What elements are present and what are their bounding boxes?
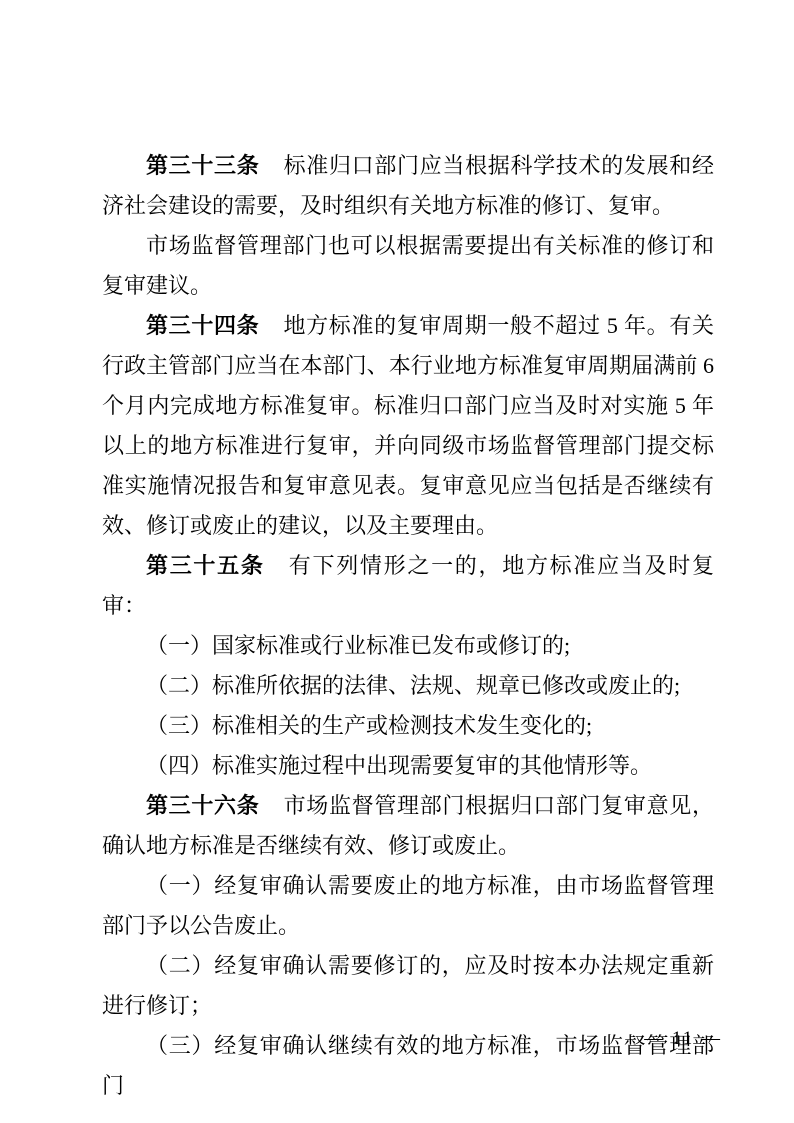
- document-page: 第三十三条标准归口部门应当根据科学技术的发展和经济社会建设的需要，及时组织有关地…: [0, 0, 794, 1123]
- paragraph: （三）经复审确认继续有效的地方标准，市场监督管理部门: [102, 1026, 714, 1106]
- article-number: 第三十六条: [146, 793, 259, 818]
- article-number: 第三十三条: [146, 153, 259, 178]
- article-number: 第三十四条: [146, 313, 259, 338]
- page-number: — 11 —: [644, 1028, 722, 1050]
- paragraph: （一）经复审确认需要废止的地方标准，由市场监督管理部门予以公告废止。: [102, 866, 714, 946]
- paragraph: （一）国家标准或行业标准已发布或修订的;: [102, 626, 714, 666]
- paragraph: 市场监督管理部门也可以根据需要提出有关标准的修订和复审建议。: [102, 226, 714, 306]
- paragraph: 第三十三条标准归口部门应当根据科学技术的发展和经济社会建设的需要，及时组织有关地…: [102, 146, 714, 226]
- document-body: 第三十三条标准归口部门应当根据科学技术的发展和经济社会建设的需要，及时组织有关地…: [102, 146, 714, 1106]
- paragraph: 第三十四条地方标准的复审周期一般不超过 5 年。有关行政主管部门应当在本部门、本…: [102, 306, 714, 546]
- paragraph: （三）标准相关的生产或检测技术发生变化的;: [102, 706, 714, 746]
- paragraph: （二）标准所依据的法律、法规、规章已修改或废止的;: [102, 666, 714, 706]
- paragraph: 第三十五条有下列情形之一的，地方标准应当及时复审：: [102, 546, 714, 626]
- paragraph: （四）标准实施过程中出现需要复审的其他情形等。: [102, 746, 714, 786]
- paragraph: （二）经复审确认需要修订的，应及时按本办法规定重新进行修订；: [102, 946, 714, 1026]
- article-number: 第三十五条: [146, 553, 265, 578]
- paragraph: 第三十六条市场监督管理部门根据归口部门复审意见，确认地方标准是否继续有效、修订或…: [102, 786, 714, 866]
